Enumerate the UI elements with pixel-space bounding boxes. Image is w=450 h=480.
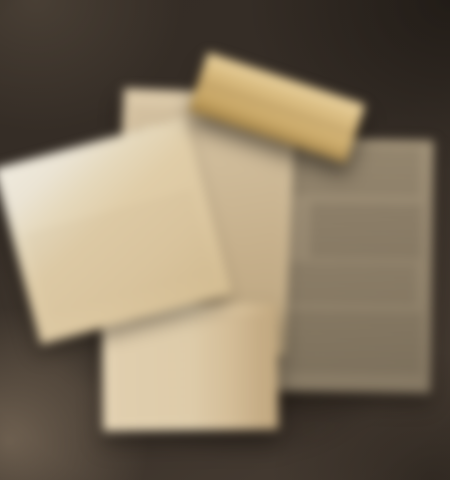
text-block	[309, 204, 422, 258]
text-block	[287, 264, 418, 306]
bottom-letter-page	[102, 303, 278, 431]
photograph-scene	[0, 0, 450, 480]
papers-blur-layer	[0, 0, 450, 480]
aged-text-page	[277, 138, 434, 393]
ruled-lines	[110, 311, 268, 423]
text-block	[288, 312, 423, 376]
text-block	[288, 148, 421, 198]
faint-script-lines	[22, 184, 216, 324]
